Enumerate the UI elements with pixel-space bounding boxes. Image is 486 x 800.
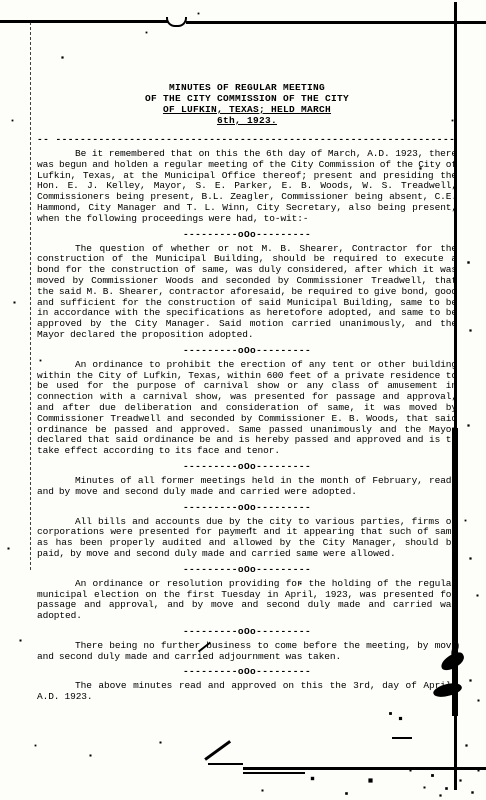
document-title: MINUTES OF REGULAR MEETING OF THE CITY C… [37, 82, 457, 126]
section-separator: ---------oOo--------- [37, 666, 457, 677]
handwritten-check-slash [204, 740, 231, 760]
minutes-paragraph-opening: Be it remembered that on this the 6th da… [37, 149, 457, 225]
bottom-rule-line [243, 767, 486, 770]
section-separator: ---------oOo--------- [37, 345, 457, 356]
scan-border-left-dashed [30, 22, 31, 570]
title-line-2: OF THE CITY COMMISSION OF THE CITY [37, 93, 457, 104]
title-line-1: MINUTES OF REGULAR MEETING [37, 82, 457, 93]
scan-border-top-right [186, 21, 486, 24]
title-line-3: OF LUFKIN, TEXAS; HELD MARCH [37, 104, 457, 115]
scan-border-top-squiggle [166, 17, 187, 27]
bottom-rule-line-double [243, 772, 305, 774]
minutes-paragraph-carnival-ordinance: An ordinance to prohibit the erection of… [37, 360, 457, 457]
scan-noise-specks [0, 0, 1, 1]
minutes-paragraph-election-ordinance: An ordinance or resolution providing for… [37, 579, 457, 622]
section-separator: ---------oOo--------- [37, 461, 457, 472]
handwritten-slash-underline [208, 763, 243, 765]
stray-dash-mark [392, 737, 412, 739]
dashed-rule: -- -------------------------------------… [37, 135, 457, 145]
minutes-paragraph-former-minutes: Minutes of all former meetings held in t… [37, 476, 457, 498]
scan-border-top-left [0, 20, 168, 23]
title-line-4: 6th, 1923. [37, 115, 457, 126]
minutes-paragraph-bills: All bills and accounts due by the city t… [37, 517, 457, 560]
section-separator: ---------oOo--------- [37, 626, 457, 637]
minutes-paragraph-contractor-bond: The question of whether or not M. B. She… [37, 244, 457, 341]
minutes-paragraph-adjournment: There being no further business to come … [37, 641, 457, 663]
section-separator: ---------oOo--------- [37, 564, 457, 575]
section-separator: ---------oOo--------- [37, 502, 457, 513]
scanned-minutes-page: MINUTES OF REGULAR MEETING OF THE CITY C… [0, 0, 486, 800]
typewritten-content: MINUTES OF REGULAR MEETING OF THE CITY C… [37, 82, 457, 703]
minutes-paragraph-approval: The above minutes read and approved on t… [37, 681, 457, 703]
section-separator: ---------oOo--------- [37, 229, 457, 240]
